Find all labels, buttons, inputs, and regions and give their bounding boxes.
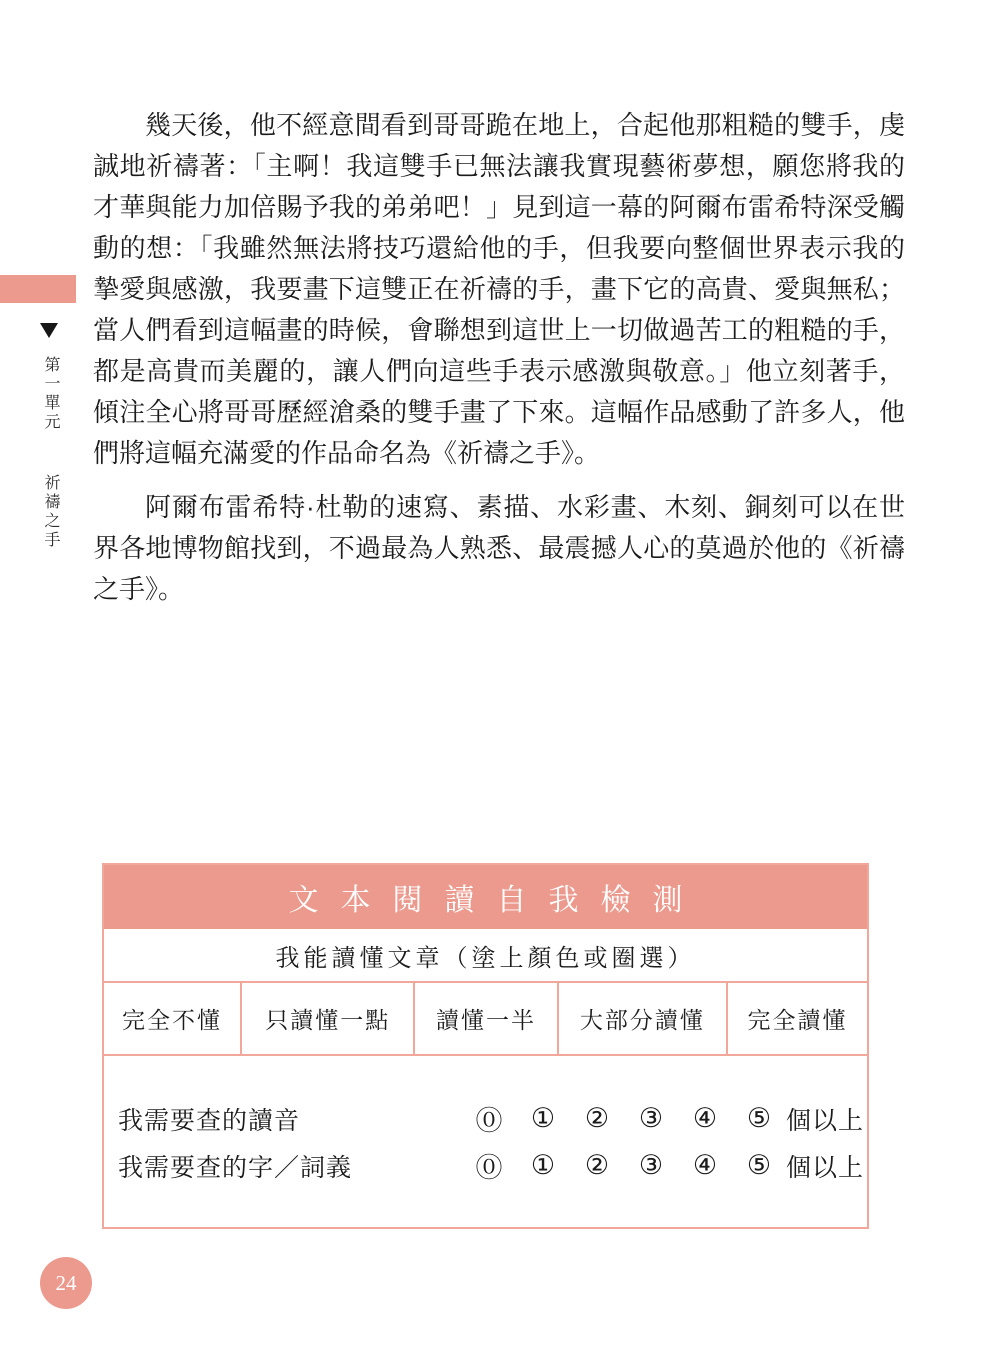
count-options: ⓪ ① ② ③ ④ ⑤ 個以上 [462, 1146, 864, 1185]
count-option-1[interactable]: ① [516, 1150, 570, 1181]
count-option-5[interactable]: ⑤ [732, 1150, 786, 1181]
count-options: ⓪ ① ② ③ ④ ⑤ 個以上 [462, 1099, 864, 1138]
page-number-badge: 24 [40, 1257, 92, 1309]
paragraph-2: 阿爾布雷希特·杜勒的速寫、素描、水彩畫、木刻、銅刻可以在世界各地博物館找到，不過… [93, 487, 905, 610]
count-suffix-label: 個以上 [786, 1101, 864, 1137]
unit-vertical-label: 第一單元 祈禱之手 [39, 356, 62, 550]
count-option-2[interactable]: ② [570, 1103, 624, 1134]
lookup-row-pronunciation: 我需要查的讀音 ⓪ ① ② ③ ④ ⑤ 個以上 [104, 1095, 867, 1142]
lesson-title-label: 祈禱之手 [42, 474, 59, 550]
count-option-4[interactable]: ④ [678, 1150, 732, 1181]
level-option-half[interactable]: 讀懂一半 [415, 983, 558, 1054]
paragraph-1: 幾天後，他不經意間看到哥哥跪在地上，合起他那粗糙的雙手，虔誠地祈禱著：「主啊！我… [93, 105, 905, 474]
lesson-body-text: 幾天後，他不經意間看到哥哥跪在地上，合起他那粗糙的雙手，虔誠地祈禱著：「主啊！我… [93, 105, 905, 610]
lookup-row-label: 我需要查的讀音 [118, 1101, 300, 1137]
textbook-page: 第一單元 祈禱之手 幾天後，他不經意間看到哥哥跪在地上，合起他那粗糙的雙手，虔誠… [0, 0, 1000, 1353]
count-option-2[interactable]: ② [570, 1150, 624, 1181]
count-option-1[interactable]: ① [516, 1103, 570, 1134]
self-assessment-table: 文本閱讀自我檢測 我能讀懂文章（塗上顏色或圈選） 完全不懂 只讀懂一點 讀懂一半… [102, 863, 869, 1229]
level-option-full[interactable]: 完全讀懂 [728, 983, 867, 1054]
unit-number-label: 第一單元 [42, 356, 59, 432]
level-option-none[interactable]: 完全不懂 [104, 983, 242, 1054]
page-number: 24 [56, 1271, 77, 1296]
assessment-subtitle: 我能讀懂文章（塗上顏色或圈選） [104, 929, 867, 983]
count-option-5[interactable]: ⑤ [732, 1103, 786, 1134]
count-option-3[interactable]: ③ [624, 1103, 678, 1134]
assessment-title: 文本閱讀自我檢測 [104, 865, 867, 929]
lookup-row-word-meaning: 我需要查的字／詞義 ⓪ ① ② ③ ④ ⑤ 個以上 [104, 1142, 867, 1189]
count-option-3[interactable]: ③ [624, 1150, 678, 1181]
count-suffix-label: 個以上 [786, 1148, 864, 1184]
count-option-0[interactable]: ⓪ [462, 1099, 516, 1138]
level-option-little[interactable]: 只讀懂一點 [242, 983, 415, 1054]
count-option-0[interactable]: ⓪ [462, 1146, 516, 1185]
lookup-row-label: 我需要查的字／詞義 [118, 1148, 352, 1184]
count-option-4[interactable]: ④ [678, 1103, 732, 1134]
unit-color-bar [0, 275, 76, 303]
comprehension-levels-row: 完全不懂 只讀懂一點 讀懂一半 大部分讀懂 完全讀懂 [104, 983, 867, 1056]
triangle-down-icon [40, 323, 58, 338]
level-option-most[interactable]: 大部分讀懂 [559, 983, 728, 1054]
lookup-count-section: 我需要查的讀音 ⓪ ① ② ③ ④ ⑤ 個以上 我需要查的字／詞義 ⓪ ① ② … [104, 1056, 867, 1227]
